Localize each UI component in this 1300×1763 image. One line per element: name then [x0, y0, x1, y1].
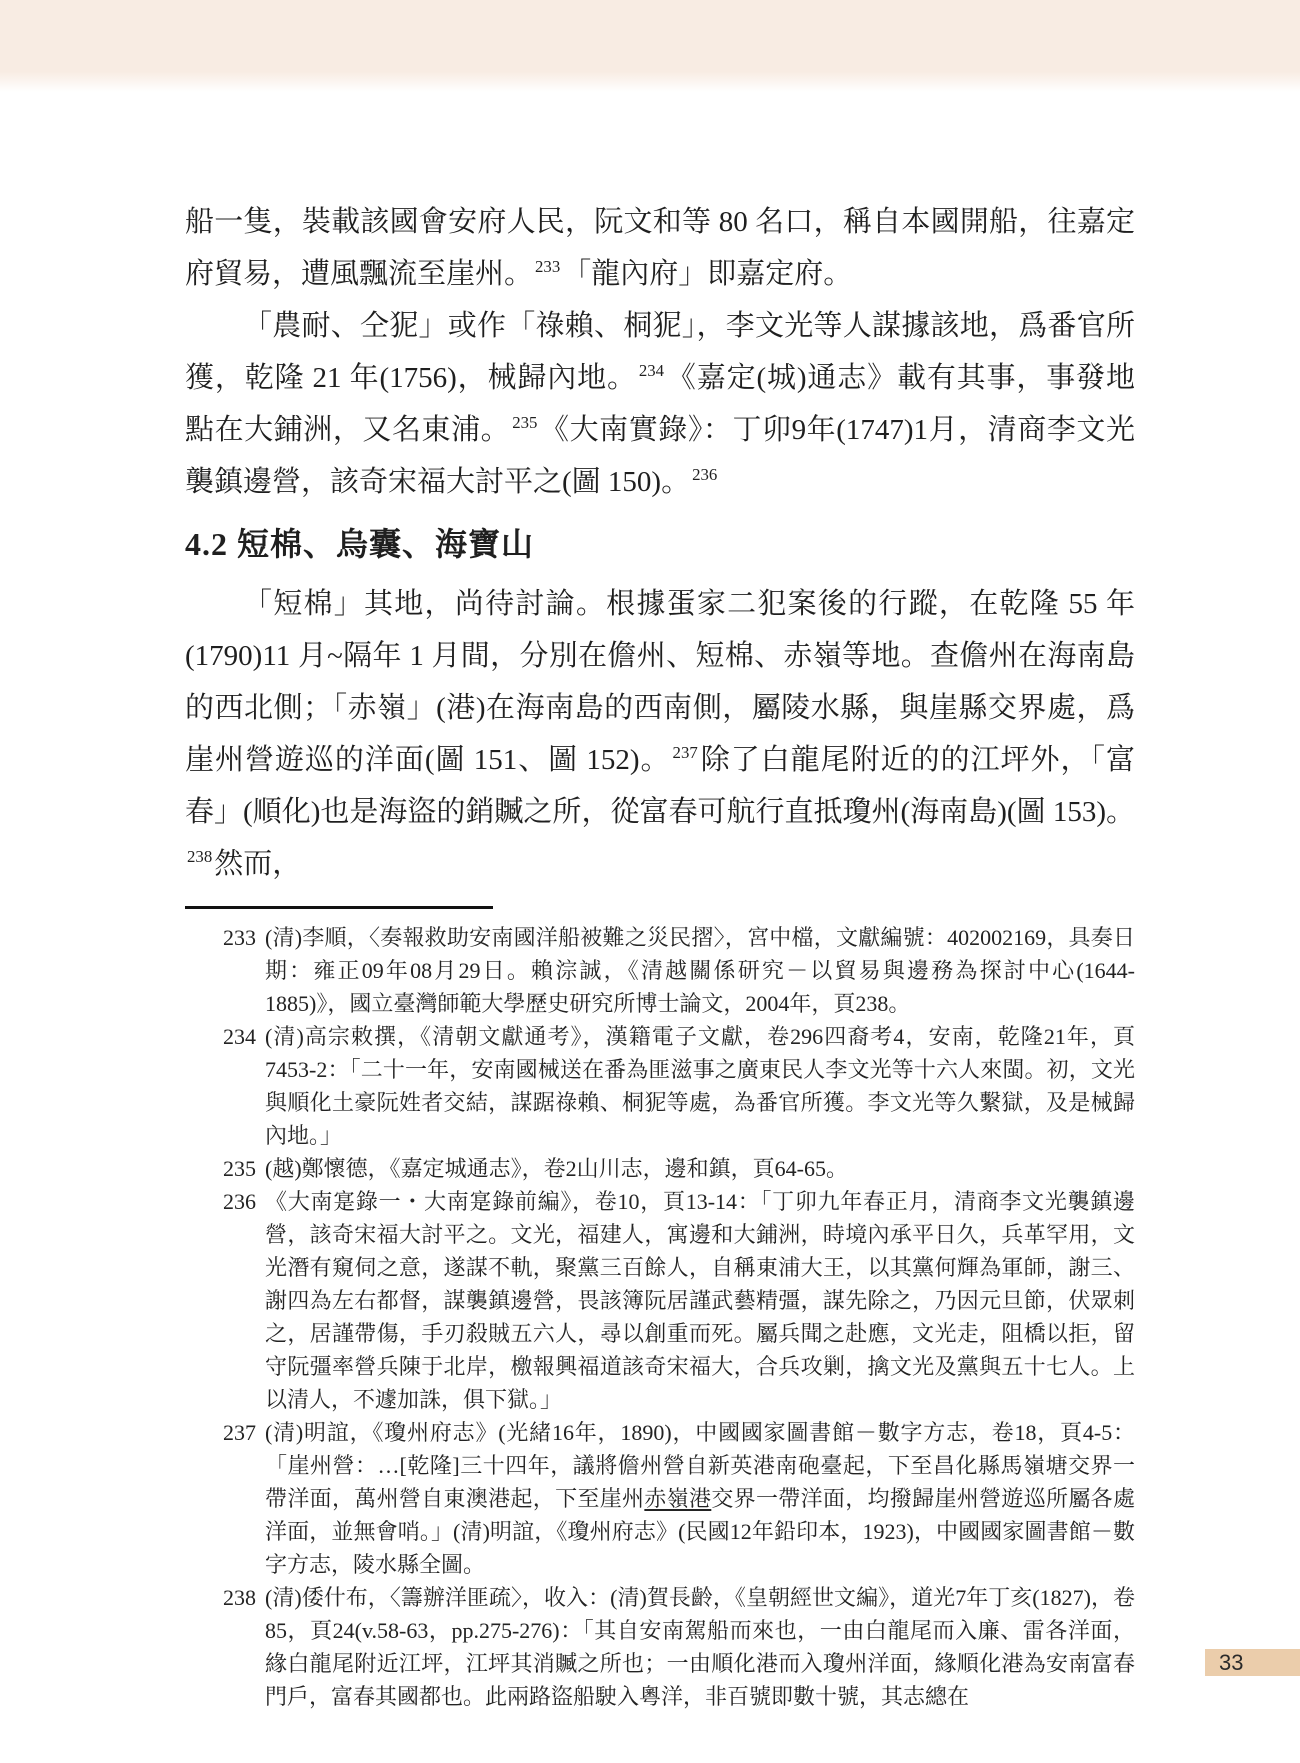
section-heading: 4.2 短棉、烏囊、海寶山: [185, 524, 1135, 564]
page-number-badge: 33: [1205, 1649, 1300, 1676]
footnote-number: 237: [223, 1416, 256, 1449]
footnote-ref: 235: [510, 413, 539, 432]
footnote-number: 236: [223, 1185, 256, 1218]
page-number: 33: [1205, 1650, 1243, 1676]
text-run: (越)鄭懷德，《嘉定城通志》，卷2山川志，邊和鎮，頁64-65。: [265, 1156, 848, 1181]
footnote-item: 235 (越)鄭懷德，《嘉定城通志》，卷2山川志，邊和鎮，頁64-65。: [185, 1152, 1135, 1185]
body-paragraph: 「農耐、仝狔」或作「祿賴、桐狔」，李文光等人謀據該地，爲番官所獲，乾隆 21 年…: [185, 300, 1135, 508]
text-run: 「龍內府」即嘉定府。: [562, 258, 852, 290]
footnote-ref: 233: [533, 257, 562, 276]
footnote-text: (清)明誼，《瓊州府志》(光緒16年，1890)，中國國家圖書館－數字方志，卷1…: [265, 1420, 1135, 1577]
footnote-number: 235: [223, 1152, 256, 1185]
footnote-ref: 237: [671, 743, 700, 762]
footnote-item: 237 (清)明誼，《瓊州府志》(光緒16年，1890)，中國國家圖書館－數字方…: [185, 1416, 1135, 1581]
footnote-ref: 234: [637, 361, 666, 380]
body-paragraph: 「短棉」其地，尚待討論。根據蛋家二犯案後的行蹤，在乾隆 55 年(1790)11…: [185, 578, 1135, 890]
footnote-item: 238 (清)倭什布，〈籌辦洋匪疏〉，收入：(清)賀長齡，《皇朝經世文編》，道光…: [185, 1581, 1135, 1713]
footnote-ref: 238: [185, 847, 214, 866]
footnote-text: (清)李順，〈奏報救助安南國洋船被難之災民摺〉，宮中檔，文獻編號：4020021…: [265, 925, 1135, 1016]
main-text-column: 船一隻，裝載該國會安府人民，阮文和等 80 名口，稱自本國開船，往嘉定府貿易，遭…: [185, 196, 1135, 1713]
footnote-text: (清)倭什布，〈籌辦洋匪疏〉，收入：(清)賀長齡，《皇朝經世文編》，道光7年丁亥…: [265, 1585, 1135, 1709]
footnote-text: (清)高宗敕撰，《清朝文獻通考》，漢籍電子文獻，卷296四裔考4，安南，乾隆21…: [265, 1024, 1135, 1148]
body-paragraph: 船一隻，裝載該國會安府人民，阮文和等 80 名口，稱自本國開船，往嘉定府貿易，遭…: [185, 196, 1135, 300]
footnote-text: 《大南寔錄一・大南寔錄前編》，卷10，頁13-14：「丁卯九年春正月，清商李文光…: [265, 1189, 1135, 1412]
footnote-item: 236 《大南寔錄一・大南寔錄前編》，卷10，頁13-14：「丁卯九年春正月，清…: [185, 1185, 1135, 1416]
text-run: 《大南寔錄一・大南寔錄前編》，卷10，頁13-14：「丁卯九年春正月，清商李文光…: [265, 1189, 1135, 1412]
footnote-item: 234 (清)高宗敕撰，《清朝文獻通考》，漢籍電子文獻，卷296四裔考4，安南，…: [185, 1020, 1135, 1152]
underlined-text: 赤嶺港: [644, 1486, 711, 1511]
footnote-item: 233 (清)李順，〈奏報救助安南國洋船被難之災民摺〉，宮中檔，文獻編號：402…: [185, 921, 1135, 1020]
document-page: 船一隻，裝載該國會安府人民，阮文和等 80 名口，稱自本國開船，往嘉定府貿易，遭…: [0, 0, 1300, 1763]
footnote-text: (越)鄭懷德，《嘉定城通志》，卷2山川志，邊和鎮，頁64-65。: [265, 1156, 848, 1181]
footnote-number: 233: [223, 921, 256, 954]
footnote-number: 234: [223, 1020, 256, 1053]
text-run: 然而，: [214, 848, 301, 880]
page-top-decorative-band: [0, 0, 1300, 92]
footnote-separator-rule: [185, 906, 493, 909]
footnote-number: 238: [223, 1581, 256, 1614]
text-run: (清)倭什布，〈籌辦洋匪疏〉，收入：(清)賀長齡，《皇朝經世文編》，道光7年丁亥…: [265, 1585, 1135, 1709]
text-run: (清)高宗敕撰，《清朝文獻通考》，漢籍電子文獻，卷296四裔考4，安南，乾隆21…: [265, 1024, 1135, 1148]
footnotes-section: 233 (清)李順，〈奏報救助安南國洋船被難之災民摺〉，宮中檔，文獻編號：402…: [185, 921, 1135, 1713]
footnote-ref: 236: [690, 465, 719, 484]
text-run: (清)李順，〈奏報救助安南國洋船被難之災民摺〉，宮中檔，文獻編號：4020021…: [265, 925, 1135, 1016]
